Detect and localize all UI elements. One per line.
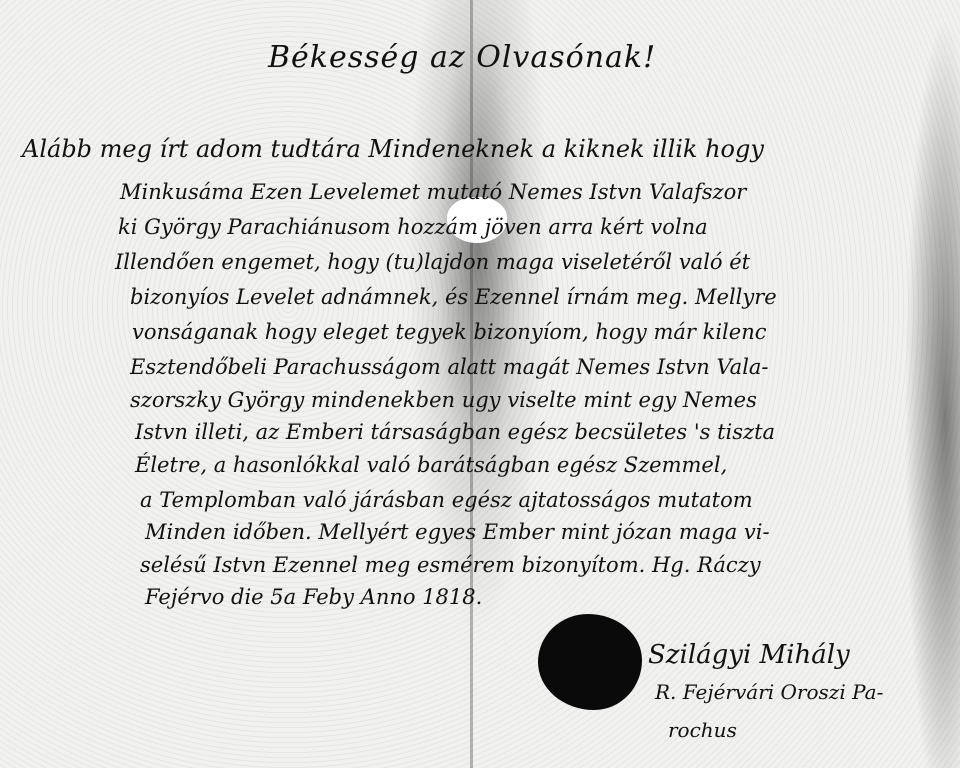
body-line: Minkusáma Ezen Levelemet mutató Nemes Is… bbox=[120, 180, 746, 204]
body-line: szorszky György mindenekben ugy viselte … bbox=[130, 388, 757, 412]
wax-seal bbox=[538, 614, 642, 710]
signature-title: R. Fejérvári Oroszi Pa- bbox=[655, 680, 883, 704]
body-line: Illendően engemet, hogy (tu)lajdon maga … bbox=[115, 250, 750, 274]
body-line: Életre, a hasonlókkal való barátságban e… bbox=[135, 453, 727, 477]
body-line: Esztendőbeli Parachusságom alatt magát N… bbox=[130, 355, 769, 379]
body-line: selésű Istvn Ezennel meg esmérem bizonyí… bbox=[140, 553, 761, 577]
body-line: Alább meg írt adom tudtára Mindeneknek a… bbox=[22, 135, 764, 163]
body-line: vonságanak hogy eleget tegyek bizonyíom,… bbox=[132, 320, 767, 344]
body-line: bizonyíos Levelet adnámnek, és Ezennel í… bbox=[130, 285, 777, 309]
signature-title-continued: rochus bbox=[668, 718, 737, 742]
document-page: Békesség az Olvasónak! Alább meg írt ado… bbox=[0, 0, 960, 768]
body-line: a Templomban való járásban egész ajtatos… bbox=[140, 488, 753, 512]
signature-name: Szilágyi Mihály bbox=[648, 640, 850, 670]
body-line: Istvn illeti, az Emberi társaságban egés… bbox=[135, 420, 775, 444]
body-line: Fejérvo die 5a Feby Anno 1818. bbox=[145, 585, 482, 609]
body-line: Minden időben. Mellyért egyes Ember mint… bbox=[145, 520, 770, 544]
body-line: ki György Parachiánusom hozzám jöven arr… bbox=[118, 215, 708, 239]
